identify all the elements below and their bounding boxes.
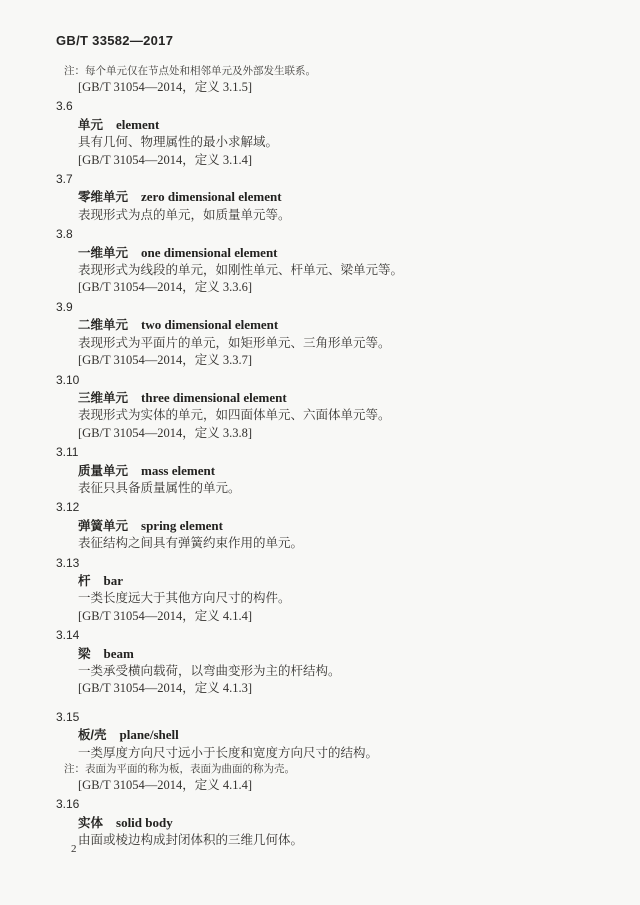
term-english: bar	[104, 573, 124, 588]
term-definition: 表征结构之间具有弹簧约束作用的单元。	[78, 535, 640, 552]
preamble-note: 注：每个单元仅在节点处和相邻单元及外部发生联系。	[64, 64, 640, 79]
term-english: zero dimensional element	[141, 189, 282, 204]
term-definition: 由面或棱边构成封闭体积的三维几何体。	[78, 832, 640, 849]
term-definition: 一类厚度方向尺寸远小于长度和宽度方向尺寸的结构。	[78, 745, 640, 762]
term-definition: 表现形式为线段的单元，如刚性单元、杆单元、梁单元等。	[78, 262, 640, 279]
term-english: spring element	[141, 518, 223, 533]
term-definition: 表现形式为实体的单元，如四面体单元、六面体单元等。	[78, 407, 640, 424]
section-number: 3.9	[56, 299, 640, 316]
term-line: 零维单元zero dimensional element	[78, 188, 640, 206]
term-reference: [GB/T 31054—2014，定义 3.3.7]	[78, 352, 640, 369]
section-number: 3.16	[56, 796, 640, 813]
term-reference: [GB/T 31054—2014，定义 3.1.4]	[78, 152, 640, 169]
term-section-3-12: 3.12 弹簧单元spring element 表征结构之间具有弹簧约束作用的单…	[0, 499, 640, 552]
term-chinese: 弹簧单元	[78, 519, 128, 533]
term-english: solid body	[116, 815, 173, 830]
term-definition: 具有几何、物理属性的最小求解域。	[78, 134, 640, 151]
document-body: 注：每个单元仅在节点处和相邻单元及外部发生联系。 [GB/T 31054—201…	[0, 64, 640, 850]
term-line: 单元element	[78, 116, 640, 134]
term-chinese: 板/壳	[78, 728, 106, 742]
term-definition: 表现形式为点的单元，如质量单元等。	[78, 207, 640, 224]
section-number: 3.8	[56, 226, 640, 243]
page-number: 2	[71, 841, 77, 858]
term-english: three dimensional element	[141, 390, 287, 405]
term-line: 实体solid body	[78, 814, 640, 832]
term-section-3-10: 3.10 三维单元three dimensional element 表现形式为…	[0, 372, 640, 443]
section-number: 3.14	[56, 627, 640, 644]
term-section-3-11: 3.11 质量单元mass element 表征只具备质量属性的单元。	[0, 444, 640, 497]
term-english: element	[116, 117, 159, 132]
term-chinese: 一维单元	[78, 246, 128, 260]
term-english: two dimensional element	[141, 317, 278, 332]
term-chinese: 单元	[78, 118, 103, 132]
term-english: plane/shell	[119, 727, 178, 742]
term-chinese: 质量单元	[78, 464, 128, 478]
term-note: 注：表面为平面的称为板，表面为曲面的称为壳。	[64, 762, 640, 777]
term-section-3-6: 3.6 单元element 具有几何、物理属性的最小求解域。 [GB/T 310…	[0, 98, 640, 169]
term-section-3-8: 3.8 一维单元one dimensional element 表现形式为线段的…	[0, 226, 640, 297]
term-definition: 一类长度远大于其他方向尺寸的构件。	[78, 590, 640, 607]
term-section-3-16: 3.16 实体solid body 由面或棱边构成封闭体积的三维几何体。	[0, 796, 640, 849]
term-chinese: 零维单元	[78, 190, 128, 204]
term-section-3-7: 3.7 零维单元zero dimensional element 表现形式为点的…	[0, 171, 640, 224]
term-section-3-14: 3.14 梁beam 一类承受横向载荷，以弯曲变形为主的杆结构。 [GB/T 3…	[0, 627, 640, 698]
term-reference: [GB/T 31054—2014，定义 4.1.4]	[78, 777, 640, 794]
section-number: 3.15	[56, 709, 640, 726]
section-number: 3.7	[56, 171, 640, 188]
section-number: 3.13	[56, 555, 640, 572]
term-line: 杆bar	[78, 572, 640, 590]
term-definition: 一类承受横向载荷，以弯曲变形为主的杆结构。	[78, 663, 640, 680]
term-definition: 表征只具备质量属性的单元。	[78, 480, 640, 497]
term-line: 一维单元one dimensional element	[78, 244, 640, 262]
section-number: 3.6	[56, 98, 640, 115]
term-chinese: 梁	[78, 647, 91, 661]
term-section-3-15: 3.15 板/壳plane/shell 一类厚度方向尺寸远小于长度和宽度方向尺寸…	[0, 709, 640, 795]
section-number: 3.11	[56, 444, 640, 461]
term-reference: [GB/T 31054—2014，定义 3.3.6]	[78, 279, 640, 296]
preamble-reference: [GB/T 31054—2014，定义 3.1.5]	[78, 79, 640, 96]
term-definition: 表现形式为平面片的单元，如矩形单元、三角形单元等。	[78, 335, 640, 352]
term-line: 板/壳plane/shell	[78, 726, 640, 744]
standard-number-header: GB/T 33582—2017	[56, 32, 173, 49]
term-line: 质量单元mass element	[78, 462, 640, 480]
section-number: 3.12	[56, 499, 640, 516]
term-reference: [GB/T 31054—2014，定义 4.1.3]	[78, 680, 640, 697]
term-reference: [GB/T 31054—2014，定义 3.3.8]	[78, 425, 640, 442]
term-line: 二维单元two dimensional element	[78, 316, 640, 334]
document-page: GB/T 33582—2017 注：每个单元仅在节点处和相邻单元及外部发生联系。…	[0, 0, 640, 905]
section-number: 3.10	[56, 372, 640, 389]
term-line: 三维单元three dimensional element	[78, 389, 640, 407]
term-chinese: 杆	[78, 574, 91, 588]
term-english: one dimensional element	[141, 245, 278, 260]
term-section-3-9: 3.9 二维单元two dimensional element 表现形式为平面片…	[0, 299, 640, 370]
term-chinese: 实体	[78, 816, 103, 830]
term-english: mass element	[141, 463, 215, 478]
term-english: beam	[104, 646, 134, 661]
term-line: 梁beam	[78, 645, 640, 663]
term-section-3-13: 3.13 杆bar 一类长度远大于其他方向尺寸的构件。 [GB/T 31054—…	[0, 555, 640, 626]
term-chinese: 二维单元	[78, 318, 128, 332]
term-chinese: 三维单元	[78, 391, 128, 405]
term-line: 弹簧单元spring element	[78, 517, 640, 535]
term-reference: [GB/T 31054—2014，定义 4.1.4]	[78, 608, 640, 625]
